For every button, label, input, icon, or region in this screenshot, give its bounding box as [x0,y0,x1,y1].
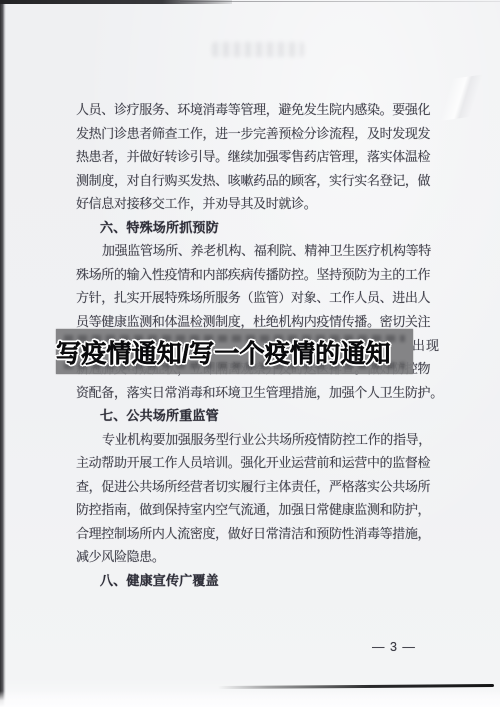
section-heading: 六、特殊场所抓预防 [76,218,456,240]
document-line: 人员、诊疗服务、环境消毒等管理，避免发生院内感染。要强化 [76,100,432,122]
document-line: 发热门诊患者筛查工作，进一步完善预检分诊流程，及时发现发 [76,124,432,146]
document-line: 合理控制场所内人流密度，做好日常清洁和预防性消毒等措施， [76,524,432,546]
obscured-line-fragment: 出现 [412,336,452,358]
document-line: 测制度，对自行购买发热、咳嗽药品的顾客，实行实名登记，做 [76,171,432,193]
section-heading: 七、公共场所重监管 [76,406,456,428]
document-line: 方针，扎实开展特殊场所服务（监管）对象、工作人员、进出人 [76,288,432,310]
scan-edge-top-line [180,1,500,2]
document-line: 殊场所的输入性疫情和内部疾病传播防控。坚持预防为主的工作 [76,265,432,287]
section-heading: 八、健康宣传广覆盖 [76,571,456,593]
document-line: 减少风险隐患。 [76,547,432,569]
document-line: 热患者，并做好转诊引导。继续加强零售药店管理，落实体温检 [76,147,432,169]
document-line: 好信息对接移交工作，并劝导其及时就诊。 [76,194,432,216]
document-line: 防控指南，做到保持室内空气流通，加强日常健康监测和防护， [76,500,432,522]
document-line: 加强监管场所、养老机构、福利院、精神卫生医疗机构等特 [76,241,458,263]
scan-edge-left [0,0,6,707]
document-line: 资配备，落实日常消毒和环境卫生管理措施，加强个人卫生防护。 [76,383,432,405]
document-line: 主动帮助开展工作人员培训。强化开业运营前和运营中的监督检 [76,453,432,475]
ink-bleed-smudge [212,42,304,57]
document-line: 专业机构要加强服务型行业公共场所疫情防控工作的指导， [76,430,458,452]
watermark-text: 写疫情通知/写一个疫情的通知 [56,334,416,370]
document-line: 查，促进公共场所经营者切实履行主体责任，严格落实公共场所 [76,477,432,499]
bottom-scan-line [218,684,494,689]
bottom-paper-highlight [0,691,500,707]
page-number: — 3 — [372,640,416,654]
scanned-document-page: 人员、诊疗服务、环境消毒等管理，避免发生院内感染。要强化发热门诊患者筛查工作，进… [0,0,500,707]
